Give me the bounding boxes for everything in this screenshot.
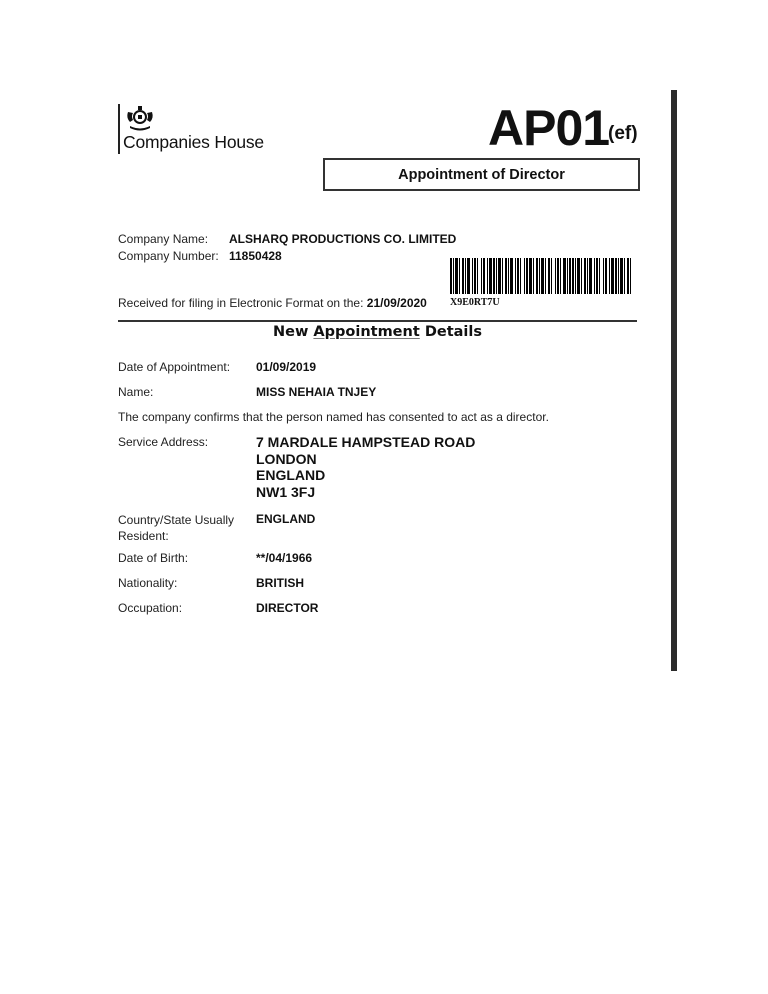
- name-label: Name:: [118, 385, 153, 399]
- organisation-name: Companies House: [123, 132, 264, 153]
- company-name-value: ALSHARQ PRODUCTIONS CO. LIMITED: [229, 232, 456, 246]
- company-number-label: Company Number:: [118, 249, 219, 263]
- page-edge-bar: [671, 90, 677, 671]
- residence-value: ENGLAND: [256, 512, 315, 526]
- nationality-label: Nationality:: [118, 576, 177, 590]
- address-line: 7 MARDALE HAMPSTEAD ROAD: [256, 434, 475, 451]
- date-of-appointment-label: Date of Appointment:: [118, 360, 230, 374]
- barcode: [450, 258, 632, 294]
- consent-statement: The company confirms that the person nam…: [118, 410, 549, 424]
- section-divider: [118, 320, 637, 322]
- residence-label-line2: Resident:: [118, 528, 234, 544]
- received-label: Received for filing in Electronic Format…: [118, 296, 363, 310]
- logo-divider: [118, 104, 120, 154]
- section-title: New Appointment Details: [118, 324, 637, 340]
- date-of-appointment-value: 01/09/2019: [256, 360, 316, 374]
- section-title-pre: New: [273, 324, 313, 340]
- address-line: NW1 3FJ: [256, 484, 475, 501]
- address-line: ENGLAND: [256, 467, 475, 484]
- received-filing-line: Received for filing in Electronic Format…: [118, 296, 427, 310]
- residence-label: Country/State Usually Resident:: [118, 512, 234, 544]
- nationality-value: BRITISH: [256, 576, 304, 590]
- name-value: MISS NEHAIA TNJEY: [256, 385, 376, 399]
- section-title-underlined: Appointment: [313, 324, 419, 340]
- company-number-value: 11850428: [229, 249, 282, 263]
- service-address-label: Service Address:: [118, 435, 208, 449]
- occupation-label: Occupation:: [118, 601, 182, 615]
- form-code: AP01: [488, 98, 609, 158]
- section-title-post: Details: [420, 324, 482, 340]
- form-title: Appointment of Director: [323, 158, 640, 191]
- form-suffix: (ef): [608, 123, 638, 145]
- occupation-value: DIRECTOR: [256, 601, 318, 615]
- service-address-value: 7 MARDALE HAMPSTEAD ROAD LONDON ENGLAND …: [256, 434, 475, 500]
- barcode-text: X9E0RT7U: [450, 297, 500, 308]
- date-of-birth-label: Date of Birth:: [118, 551, 188, 565]
- received-date: 21/09/2020: [367, 296, 427, 310]
- residence-label-line1: Country/State Usually: [118, 512, 234, 528]
- date-of-birth-value: **/04/1966: [256, 551, 312, 565]
- address-line: LONDON: [256, 451, 475, 468]
- royal-coat-of-arms-icon: [124, 104, 156, 132]
- company-name-label: Company Name:: [118, 232, 208, 246]
